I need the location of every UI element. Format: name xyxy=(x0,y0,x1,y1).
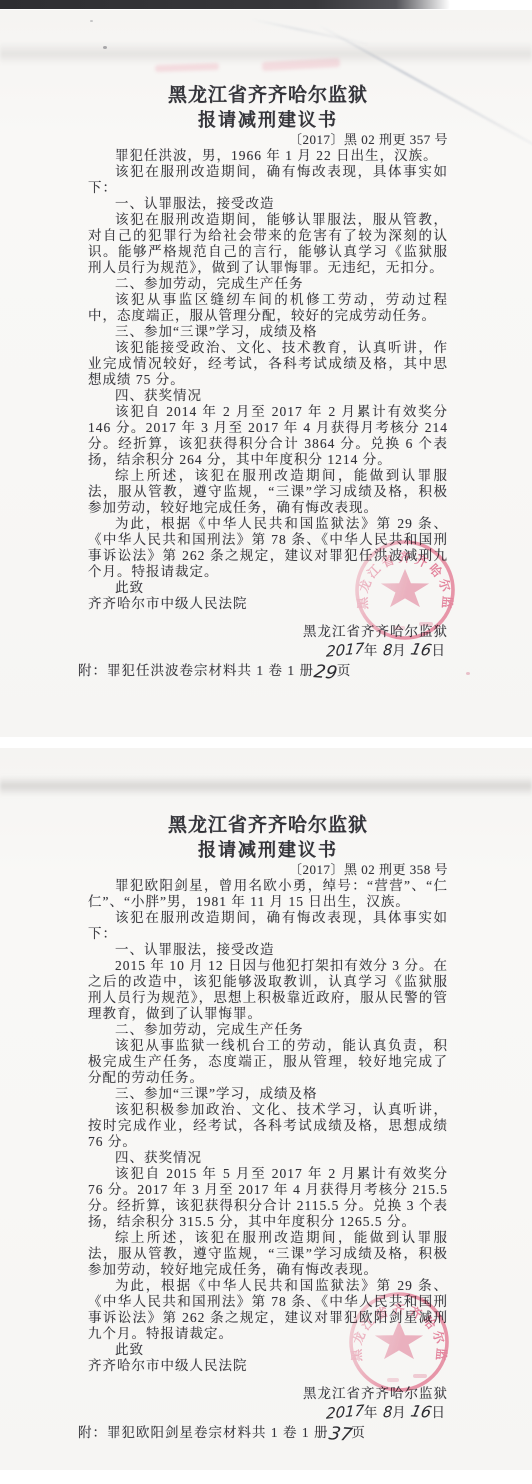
handwritten-month: 8 xyxy=(382,1404,392,1422)
body-paragraph: 该犯能接受政治、文化、技术教育，认真听讲，作业完成情况较好，经考试，各科考试成绩… xyxy=(88,340,448,388)
attachment-line: 附：罪犯任洪波卷宗材料共 1 卷 1 册29页 xyxy=(78,662,448,682)
document-page-2: 黑龙江省齐齐哈尔监狱 报请减刑建议书 〔2017〕黑 02 刑更 358 号 罪… xyxy=(0,748,532,1470)
scan-speck xyxy=(466,672,470,675)
seal-code-mark xyxy=(413,1374,427,1378)
attachment-suffix: 页 xyxy=(351,1425,366,1440)
body-paragraph: 该犯积极参加政治、文化、技术学习，认真听讲，按时完成作业，经考试，各科考试成绩及… xyxy=(88,1102,448,1150)
year-label: 年 xyxy=(364,643,379,658)
page-title: 黑龙江省齐齐哈尔监狱 xyxy=(88,84,448,108)
handwritten-page-count: 37 xyxy=(327,1425,353,1444)
handwritten-page-count: 29 xyxy=(312,663,338,682)
document-number: 〔2017〕黑 02 刑更 357 号 xyxy=(88,132,448,148)
date-line: 2017年 8月 16日 xyxy=(88,641,448,659)
month-label: 月 xyxy=(392,643,407,658)
handwritten-day: 16 xyxy=(409,1403,433,1421)
page-subtitle: 报请减刑建议书 xyxy=(88,838,448,862)
body-paragraph: 综上所述，该犯在服刑改造期间，能做到认罪服法，服从管教，遵守监规，“三课”学习成… xyxy=(88,468,448,516)
page-subtitle: 报请减刑建议书 xyxy=(88,108,448,132)
body-paragraph: 该犯在服刑改造期间，确有悔改表现，具体事实如下： xyxy=(88,164,448,196)
seal-code-mark xyxy=(393,626,405,630)
body-paragraph: 罪犯欧阳剑星，曾用名欧小勇，绰号：“营营”、“仁仁”、“小胖”男，1981 年 … xyxy=(88,878,448,910)
official-seal: 黑龙江省齐齐哈尔监狱 xyxy=(347,1290,451,1394)
handwritten-year: 2017 xyxy=(325,640,364,660)
seal-graphic: 黑龙江省齐齐哈尔监狱 xyxy=(347,1290,451,1394)
body-paragraph: 该犯从事监狱一线机台工的劳动，能认真负责，积极完成生产任务，态度端正，服从管理，… xyxy=(88,1038,448,1086)
seal-star-icon xyxy=(381,569,429,607)
body-paragraph: 该犯自 2015 年 5 月至 2017 年 2 月累计有效奖分 76 分。20… xyxy=(88,1166,448,1230)
section-heading: 二、参加劳动，完成生产任务 xyxy=(88,276,448,292)
attachment-suffix: 页 xyxy=(337,663,352,678)
handwritten-year: 2017 xyxy=(325,1402,364,1422)
handwritten-day: 16 xyxy=(409,641,433,659)
body-paragraph: 罪犯任洪波，男，1966 年 1 月 22 日出生，汉族。 xyxy=(88,148,448,164)
day-label: 日 xyxy=(432,643,447,658)
section-heading: 二、参加劳动，完成生产任务 xyxy=(88,1022,448,1038)
scan-edge-strip xyxy=(0,0,450,9)
paper-shading xyxy=(0,776,532,796)
body-paragraph: 该犯自 2014 年 2 月至 2017 年 2 月累计有效奖分 146 分。2… xyxy=(88,404,448,468)
seal-star-icon xyxy=(375,1321,423,1359)
section-heading: 三、参加“三课”学习，成绩及格 xyxy=(88,1086,448,1102)
handwritten-month: 8 xyxy=(382,642,392,660)
section-heading: 四、获奖情况 xyxy=(88,388,448,404)
official-seal: 黑龙江省齐齐哈尔监狱 xyxy=(353,538,457,642)
document-number: 〔2017〕黑 02 刑更 358 号 xyxy=(88,862,448,878)
section-heading: 一、认罪服法，接受改造 xyxy=(88,942,448,958)
body-paragraph: 该犯在服刑改造期间，能够认罪服法，服从管教，对自己的犯罪行为给社会带来的危害有了… xyxy=(88,212,448,276)
date-line: 2017年 8月 16日 xyxy=(88,1403,448,1421)
attachment-text: 附：罪犯欧阳剑星卷宗材料共 1 卷 1 册 xyxy=(78,1425,329,1440)
month-label: 月 xyxy=(392,1405,407,1420)
body-paragraph: 该犯从事监区缝纫车间的机修工劳动，劳动过程中，态度端正，服从管理分配，较好的完成… xyxy=(88,292,448,324)
page-title: 黑龙江省齐齐哈尔监狱 xyxy=(88,814,448,838)
seal-graphic: 黑龙江省齐齐哈尔监狱 xyxy=(353,538,457,642)
attachment-text: 附：罪犯任洪波卷宗材料共 1 卷 1 册 xyxy=(78,663,314,678)
section-heading: 四、获奖情况 xyxy=(88,1150,448,1166)
body-paragraph: 2015 年 10 月 12 日因与他犯打架扣有效分 3 分。在之后的改造中，该… xyxy=(88,958,448,1022)
seal-code-mark xyxy=(387,1378,399,1382)
scan-speck xyxy=(103,46,107,49)
body-paragraph: 综上所述，该犯在服刑改造期间，能做到认罪服法，服从管教，遵守监规，“三课”学习成… xyxy=(88,1230,448,1278)
section-heading: 一、认罪服法，接受改造 xyxy=(88,196,448,212)
body-paragraph: 该犯在服刑改造期间，确有悔改表现，具体事实如下： xyxy=(88,910,448,942)
paper-shading xyxy=(0,42,532,64)
seal-code-mark xyxy=(419,622,433,626)
day-label: 日 xyxy=(432,1405,447,1420)
attachment-line: 附：罪犯欧阳剑星卷宗材料共 1 卷 1 册37页 xyxy=(78,1424,448,1444)
section-heading: 三、参加“三课”学习，成绩及格 xyxy=(88,324,448,340)
scan-speck xyxy=(90,20,93,22)
year-label: 年 xyxy=(364,1405,379,1420)
